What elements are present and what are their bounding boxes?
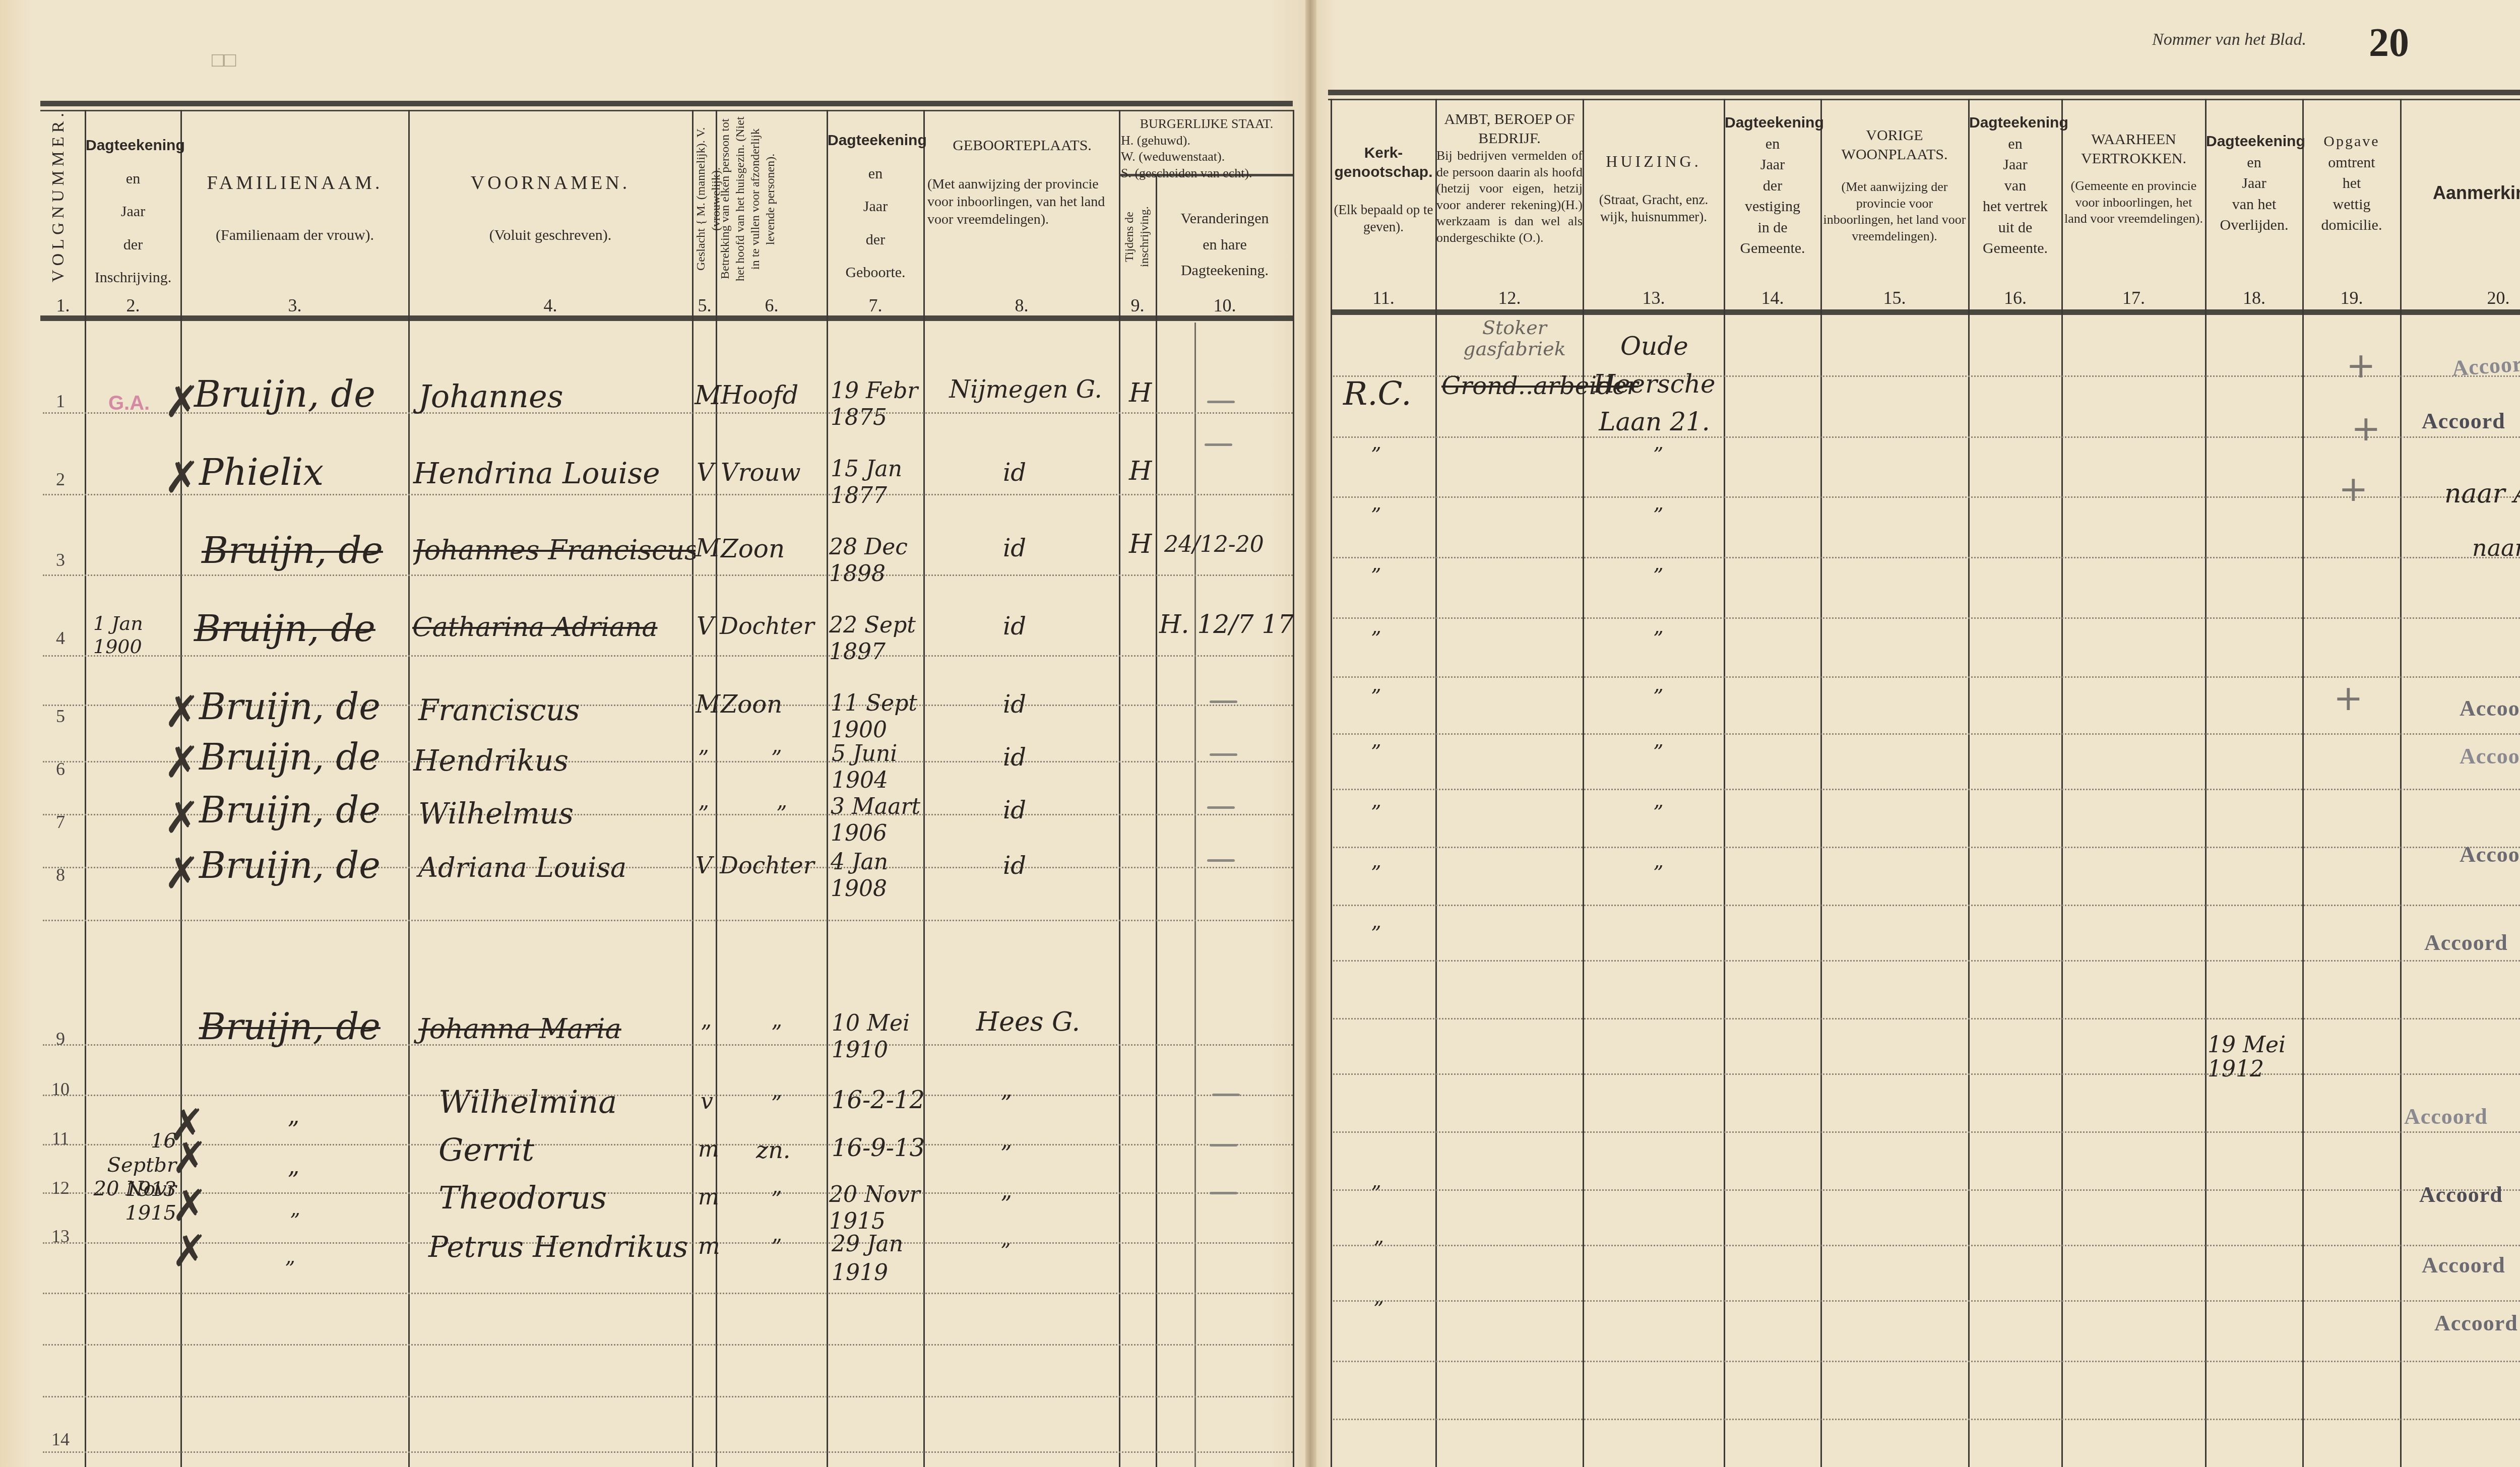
header-line: vestiging xyxy=(1725,197,1820,216)
geboortedatum: 16-9-13 xyxy=(832,1134,925,1162)
row-line xyxy=(1333,436,2520,438)
cross-mark-icon: ✗ xyxy=(171,1184,208,1228)
row-line xyxy=(43,575,1293,576)
huizing: ” xyxy=(1653,627,1663,651)
header-line: H. (gehuwd). xyxy=(1121,133,1292,149)
geboortedatum: 20 Novr 1915 xyxy=(829,1182,922,1235)
dash-mark xyxy=(1207,806,1235,809)
header-title: Kerk-genootschap. xyxy=(1332,144,1435,181)
dash-mark xyxy=(1210,700,1237,703)
header-line: S. (gescheiden van echt). xyxy=(1121,165,1292,182)
kerkgenootschap: ” xyxy=(1371,741,1381,764)
geboorteplaats: id xyxy=(1003,796,1026,824)
accoord-stamp: Accoord xyxy=(2434,1310,2518,1336)
colnum: 7. xyxy=(828,295,923,316)
colnum: 3. xyxy=(181,295,408,316)
betrekking: Vrouw xyxy=(721,459,801,487)
geboortedatum: 4 Jan 1908 xyxy=(831,849,924,903)
header-kerkgenootschap: Kerk-genootschap. (Elk bepaald op te gev… xyxy=(1332,144,1435,236)
header-overlijden: Dagteekening en Jaar van het Overlijden. xyxy=(2206,132,2302,235)
row-line xyxy=(43,655,1293,657)
header-line: Jaar xyxy=(2206,174,2302,193)
geslacht: M xyxy=(695,380,721,411)
header-familienaam: FAMILIENAAM. (Familienaam der vrouw). xyxy=(181,171,408,244)
huizing: ” xyxy=(1653,564,1663,588)
colnum: 19. xyxy=(2303,287,2400,308)
header-sub: (Gemeente en provincie voor inboorlingen… xyxy=(2062,178,2205,227)
header-geboorteplaats: GEBOORTEPLAATS. (Met aanwijzing der prov… xyxy=(927,136,1117,228)
geslacht: ” xyxy=(701,1020,711,1045)
header-title: GEBOORTEPLAATS. xyxy=(927,136,1117,155)
row-line xyxy=(43,1344,1293,1346)
header-line: Gemeente. xyxy=(1969,239,2061,258)
row-number: 2 xyxy=(45,469,76,490)
colnum: 4. xyxy=(409,295,691,316)
header-tijdens-inschrijving: Tijdens de inschrijving. xyxy=(1122,184,1154,290)
row-line xyxy=(1333,617,2520,619)
aanmerking-handwritten: naar O 28-134 xyxy=(2472,534,2520,561)
sheet-number: 20 xyxy=(2369,20,2409,66)
geboorteplaats: Nijmegen G. xyxy=(942,375,1109,405)
row-line xyxy=(1333,1300,2520,1302)
header-line: het xyxy=(2303,174,2400,193)
accoord-stamp: Accoord xyxy=(2460,743,2520,769)
header-veranderingen: Veranderingen en hare Dagteekening. xyxy=(1157,209,1292,280)
colnum: 18. xyxy=(2206,287,2302,308)
veranderingen: 24/12-20 xyxy=(1164,532,1264,557)
geboorteplaats: id xyxy=(1003,459,1026,487)
betrekking: ” xyxy=(771,1187,782,1211)
header-aanmerkingen: Aanmerkingen. xyxy=(2401,181,2520,204)
cross-plus-icon: + xyxy=(2351,411,2381,446)
header-bottom-rule-right xyxy=(1331,309,2520,315)
geboorteplaats: id xyxy=(1003,612,1026,641)
header-top-rule-right-thin xyxy=(1328,99,2520,100)
header-title: Betrekking van elken persoon tot het hoo… xyxy=(719,119,747,282)
header-line: Jaar xyxy=(1969,155,2061,174)
geboortedatum: 28 Dec 1898 xyxy=(829,534,922,588)
geboortedatum: 16-2-12 xyxy=(832,1086,925,1114)
row-number: 5 xyxy=(45,706,76,727)
header-line: Overlijden. xyxy=(2206,216,2302,235)
geboorteplaats: ” xyxy=(1000,1192,1012,1218)
familienaam: ” xyxy=(287,1167,299,1194)
row-line xyxy=(1333,1245,2520,1246)
ga-stamp: G.A. xyxy=(108,392,150,415)
voornamen: Johannes Franciscus xyxy=(413,534,696,566)
header-top-rule-thin xyxy=(40,110,1293,111)
voornamen: Gerrit xyxy=(438,1131,534,1168)
voornamen: Wilhelmina xyxy=(438,1083,617,1120)
kerkgenootschap: ” xyxy=(1371,504,1381,527)
colnum: 12. xyxy=(1436,287,1583,308)
row-line xyxy=(43,1396,1293,1397)
colnum: 6. xyxy=(717,295,827,316)
header-line: Dagteekening. xyxy=(1157,261,1292,280)
header-burgerlijke-staat: BURGERLIJKE STAAT. H. (gehuwd). W. (wedu… xyxy=(1121,116,1292,181)
row-number: 8 xyxy=(45,864,76,885)
inschrijving-datum: 1 Jan 1900 xyxy=(93,612,174,658)
header-sub: (Voluit geschreven). xyxy=(409,226,691,245)
accoord-stamp: Accoord xyxy=(2451,350,2520,381)
colnum: 5. xyxy=(694,295,716,316)
header-line: der xyxy=(1725,176,1820,196)
header-top-rule xyxy=(40,101,1293,106)
header-title: Dagteekening xyxy=(828,131,923,150)
geslacht: M xyxy=(696,534,720,562)
kerkgenootschap: ” xyxy=(1371,1182,1381,1205)
voornamen: Johanna Maria xyxy=(418,1013,621,1045)
staat: H xyxy=(1129,529,1152,559)
header-title: Dagteekening xyxy=(2206,132,2302,151)
kerkgenootschap: ” xyxy=(1371,862,1381,885)
header-line: wettig xyxy=(2303,195,2400,214)
row-number: 6 xyxy=(45,758,76,780)
geboorteplaats: id xyxy=(1003,534,1026,562)
header-line: van het xyxy=(2206,195,2302,214)
header-line: W. (weduwenstaat). xyxy=(1121,149,1292,165)
colnum: 17. xyxy=(2062,287,2205,308)
colnum: 2. xyxy=(86,295,180,316)
cross-mark-icon: ✗ xyxy=(164,741,200,784)
row-number: 11 xyxy=(45,1128,76,1149)
voornamen: Hendrina Louise xyxy=(413,456,660,490)
colnum: 20. xyxy=(2401,287,2520,308)
accoord-stamp: Accoord xyxy=(2424,930,2508,955)
header-title: Dagteekening xyxy=(1725,113,1820,133)
col-line xyxy=(1156,176,1157,1467)
row-line xyxy=(1333,733,2520,735)
kerkgenootschap: ” xyxy=(1371,801,1381,824)
cross-plus-icon: + xyxy=(2346,348,2376,383)
geslacht: m xyxy=(698,1136,719,1162)
cross-plus-icon: + xyxy=(2339,471,2368,506)
row-line xyxy=(1333,557,2520,558)
staat: H xyxy=(1129,378,1152,408)
familienaam: ” xyxy=(290,1209,300,1233)
aanmerking-handwritten: naar A 34-98 xyxy=(2444,479,2520,509)
kerkgenootschap: ” xyxy=(1371,627,1381,651)
row-line xyxy=(1333,1419,2520,1420)
accoord-stamp: Accoord xyxy=(2422,408,2505,434)
header-title: Veranderingen xyxy=(1157,209,1292,228)
header-line: en xyxy=(86,169,180,188)
geslacht: m xyxy=(698,1232,720,1259)
geslacht: m xyxy=(698,1184,719,1210)
header-line: en xyxy=(2206,153,2302,172)
row-number: 9 xyxy=(45,1028,76,1049)
cross-mark-icon: ✗ xyxy=(164,852,200,895)
betrekking: Dochter xyxy=(720,852,814,879)
familienaam: Bruijn, de xyxy=(194,607,375,650)
dash-mark xyxy=(1205,443,1232,446)
header-sub: (Familienaam der vrouw). xyxy=(181,226,408,245)
dash-mark xyxy=(1212,1094,1240,1096)
geboorteplaats: id xyxy=(1003,852,1026,880)
huizing: Oude Heersche Laan 21. xyxy=(1588,328,1721,441)
row-line xyxy=(1333,789,2520,790)
header-line: en xyxy=(1969,135,2061,154)
accoord-stamp: Accoord xyxy=(2404,1104,2488,1129)
betrekking: zn. xyxy=(756,1136,790,1164)
geboorteplaats: ” xyxy=(1000,1141,1012,1167)
header-line: en xyxy=(828,164,923,183)
row-number: 3 xyxy=(45,549,76,570)
header-title: VOORNAMEN. xyxy=(409,171,691,196)
header-waarheen: WAARHEEN VERTROKKEN. (Gemeente en provin… xyxy=(2062,130,2205,227)
row-line xyxy=(1333,960,2520,962)
header-domicilie: Opgave omtrent het wettig domicilie. xyxy=(2303,132,2400,235)
familienaam: Bruijn, de xyxy=(199,1005,381,1048)
header-geboorte: Dagteekening en Jaar der Geboorte. xyxy=(828,131,923,282)
dash-mark xyxy=(1210,753,1237,756)
row-line xyxy=(1333,1073,2520,1075)
header-beroep: AMBT, BEROEP OF BEDRIJF. Bij bedrijven v… xyxy=(1436,110,1583,246)
betrekking: Zoon xyxy=(721,690,782,719)
voornamen: Johannes xyxy=(418,378,563,415)
header-line: Gemeente. xyxy=(1725,239,1820,258)
header-title: Opgave xyxy=(2303,132,2400,151)
accoord-stamp: Accoord xyxy=(2419,1182,2503,1207)
kerkgenootschap: ” xyxy=(1373,1298,1383,1321)
dash-mark xyxy=(1210,1192,1237,1194)
huizing: ” xyxy=(1653,685,1663,709)
geboortedatum: 19 Febr 1875 xyxy=(831,378,921,431)
inschrijving-datum: 20 Novr 1915 xyxy=(91,1177,176,1225)
geslacht: ” xyxy=(698,746,709,771)
header-title: Dagteekening xyxy=(1969,113,2061,133)
beroep-struck: Grond..arbeider xyxy=(1441,370,1578,402)
header-line: der xyxy=(828,230,923,249)
geboortedatum: 10 Mei 1910 xyxy=(832,1010,922,1064)
row-line xyxy=(1333,1018,2520,1019)
header-title: HUIZING. xyxy=(1584,151,1724,171)
familienaam: Bruijn, de xyxy=(194,373,375,415)
voornamen: Franciscus xyxy=(418,693,580,727)
colnum: 16. xyxy=(1969,287,2061,308)
familienaam: Bruijn, de xyxy=(199,789,381,831)
colnum: 9. xyxy=(1120,295,1155,316)
header-sub: (Met aanwijzing der provincie voor inboo… xyxy=(1821,179,1968,244)
header-bottom-rule xyxy=(40,315,1293,321)
familienaam: Bruijn, de xyxy=(202,529,383,571)
geboortedatum: 11 Sept 1900 xyxy=(831,690,921,744)
header-line: Jaar xyxy=(86,202,180,221)
voornamen: Petrus Hendrikus xyxy=(428,1230,688,1264)
row-line xyxy=(1333,1361,2520,1362)
header-line: in de xyxy=(1725,218,1820,237)
header-line: uit de xyxy=(1969,218,2061,237)
staat: H xyxy=(1129,456,1152,486)
geboortedatum: 29 Jan 1919 xyxy=(832,1230,922,1287)
veranderingen: H. 12/7 17 xyxy=(1159,610,1294,639)
row-line xyxy=(43,1451,1293,1453)
colnum: 10. xyxy=(1157,295,1293,316)
sheet-label: Nommer van het Blad. xyxy=(2152,30,2306,49)
header-inschrijving-title: Dagteekening xyxy=(86,136,180,155)
betrekking: ” xyxy=(776,801,787,826)
colnum: 11. xyxy=(1332,287,1435,308)
header-vestiging: Dagteekening en Jaar der vestiging in de… xyxy=(1725,113,1820,258)
betrekking: ” xyxy=(771,1235,782,1259)
row-number: 12 xyxy=(45,1177,76,1198)
huizing: ” xyxy=(1653,801,1663,824)
cross-mark-icon: ✗ xyxy=(171,1230,208,1273)
header-line: het vertrek xyxy=(1969,197,2061,216)
header-line: Jaar xyxy=(828,197,923,216)
header-line: omtrent xyxy=(2303,153,2400,172)
row-line xyxy=(1333,1189,2520,1191)
header-vorige-woonplaats: VORIGE WOONPLAATS. (Met aanwijzing der p… xyxy=(1821,126,1968,244)
colnum: 15. xyxy=(1821,287,1968,308)
row-number: 1 xyxy=(45,391,76,412)
row-line xyxy=(43,1095,1293,1096)
betrekking: ” xyxy=(771,1091,782,1116)
betrekking: Zoon xyxy=(721,534,785,563)
voornamen: Wilhelmus xyxy=(418,796,574,831)
header-volgnummer: VOLGNUMMER. xyxy=(48,136,78,282)
geslacht: M xyxy=(696,690,720,719)
voornamen: Theodorus xyxy=(438,1179,607,1216)
overlijden-datum: 19 Mei 1912 xyxy=(2208,1033,2303,1082)
header-sub: (Straat, Gracht, enz. wijk, huisnummer). xyxy=(1584,192,1724,226)
header-title: VORIGE WOONPLAATS. xyxy=(1821,126,1968,164)
row-number: 7 xyxy=(45,811,76,833)
accoord-stamp: Accoord xyxy=(2460,695,2520,721)
header-line: en hare xyxy=(1157,235,1292,254)
header-title: FAMILIENAAM. xyxy=(181,171,408,196)
row-number: 14 xyxy=(45,1429,76,1450)
beroep: Stoker gasfabriek xyxy=(1452,317,1578,360)
geslacht: V xyxy=(697,459,714,487)
row-number: 10 xyxy=(45,1078,76,1100)
geslacht: ” xyxy=(698,801,709,826)
betrekking: ” xyxy=(771,1020,782,1045)
kerkgenootschap: R.C. xyxy=(1343,375,1412,413)
colnum: 14. xyxy=(1725,287,1820,308)
accoord-stamp: Accoord xyxy=(2422,1252,2505,1278)
row-number: 13 xyxy=(45,1226,76,1247)
betrekking: Hoofd xyxy=(721,380,798,410)
geslacht: V xyxy=(696,852,712,879)
huizing: ” xyxy=(1653,862,1663,885)
header-vertrek: Dagteekening en Jaar van het vertrek uit… xyxy=(1969,113,2061,258)
header-betrekking: Betrekking van elken persoon tot het hoo… xyxy=(718,113,825,285)
huizing: ” xyxy=(1653,741,1663,764)
cross-mark-icon: ✗ xyxy=(171,1136,208,1180)
header-sub: (Elk bepaald op te geven). xyxy=(1332,202,1435,236)
geslacht: V xyxy=(697,612,714,641)
header-line: Jaar xyxy=(1725,155,1820,174)
header-title: AMBT, BEROEP OF BEDRIJF. xyxy=(1436,110,1583,148)
familienaam: ” xyxy=(287,1116,299,1143)
accoord-stamp: Accoord xyxy=(2460,842,2520,867)
header-line: en xyxy=(1725,135,1820,154)
kerkgenootschap: ” xyxy=(1371,564,1381,588)
betrekking: Dochter xyxy=(720,612,814,640)
kerkgenootschap: ” xyxy=(1371,922,1381,945)
huizing: ” xyxy=(1653,443,1663,467)
colnum: 8. xyxy=(924,295,1119,316)
header-title: WAARHEEN VERTROKKEN. xyxy=(2062,130,2205,168)
header-line: Geboorte. xyxy=(828,263,923,282)
geboortedatum: 22 Sept 1897 xyxy=(829,612,922,666)
geslacht: v xyxy=(701,1089,713,1114)
voornamen: Hendrikus xyxy=(413,743,569,778)
row-line xyxy=(43,494,1293,495)
row-number: 4 xyxy=(45,627,76,649)
col-line xyxy=(1293,110,1294,1467)
row-line xyxy=(43,1192,1293,1194)
kerkgenootschap: ” xyxy=(1371,685,1381,709)
voornamen: Catharina Adriana xyxy=(412,612,695,643)
geboortedatum: 5 Juni 1904 xyxy=(832,741,922,794)
dash-mark xyxy=(1210,1144,1237,1146)
geboorteplaats: ” xyxy=(1000,1240,1011,1263)
familienaam: Bruijn, de xyxy=(199,736,381,778)
betrekking: ” xyxy=(771,746,782,771)
header-title: BURGERLIJKE STAAT. xyxy=(1121,116,1292,133)
book-gutter xyxy=(1305,0,1316,1467)
geboorteplaats: ” xyxy=(1000,1091,1012,1117)
header-line: Inschrijving. xyxy=(86,268,180,287)
row-line xyxy=(43,1293,1293,1294)
familienaam: ” xyxy=(285,1257,295,1281)
header-sub: Bij bedrijven vermelden of de persoon da… xyxy=(1436,148,1583,246)
voornamen: Adriana Louisa xyxy=(418,852,626,883)
familienaam: Bruijn, de xyxy=(199,685,381,728)
row-line xyxy=(43,1144,1293,1145)
dash-mark xyxy=(1207,401,1235,403)
geboorteplaats: Hees G. xyxy=(968,1008,1089,1037)
header-voornamen: VOORNAMEN. (Voluit geschreven). xyxy=(409,171,691,244)
huizing: ” xyxy=(1653,504,1663,527)
row-line xyxy=(43,920,1293,921)
colnum: 1. xyxy=(45,295,81,316)
header-line: der xyxy=(86,235,180,254)
cross-mark-icon: ✗ xyxy=(164,690,200,734)
familienaam: Bruijn, de xyxy=(199,844,381,886)
header-title: Aanmerkingen. xyxy=(2401,181,2520,204)
header-top-rule-right xyxy=(1328,90,2520,95)
row-line xyxy=(1333,905,2520,906)
geboorteplaats: id xyxy=(1003,690,1026,719)
cross-mark-icon: ✗ xyxy=(164,796,200,840)
cross-mark-icon: ✗ xyxy=(164,456,200,499)
geboortedatum: 3 Maart 1906 xyxy=(831,794,924,847)
kerkgenootschap: ” xyxy=(1371,443,1381,467)
kerkgenootschap: ” xyxy=(1373,1237,1383,1260)
corner-mark: □□ xyxy=(212,48,236,72)
row-line xyxy=(1333,847,2520,848)
header-sub: (Met aanwijzing der provincie voor inboo… xyxy=(927,175,1117,228)
header-huizing: HUIZING. (Straat, Gracht, enz. wijk, hui… xyxy=(1584,151,1724,226)
header-geslacht: Geslacht { M. (mannelijk). V. (vrouwelij… xyxy=(694,113,716,285)
cross-plus-icon: + xyxy=(2334,680,2363,716)
familienaam: Phielix xyxy=(199,451,324,493)
row-line xyxy=(1333,1131,2520,1133)
dash-mark xyxy=(1207,859,1235,862)
geboorteplaats: id xyxy=(1003,743,1026,772)
geboortedatum: 15 Jan 1877 xyxy=(831,456,921,509)
header-line: van xyxy=(1969,176,2061,196)
colnum: 13. xyxy=(1584,287,1724,308)
header-inschrijving: Dagteekening en Jaar der Inschrijving. xyxy=(86,136,180,287)
header-line: domicilie. xyxy=(2303,216,2400,235)
